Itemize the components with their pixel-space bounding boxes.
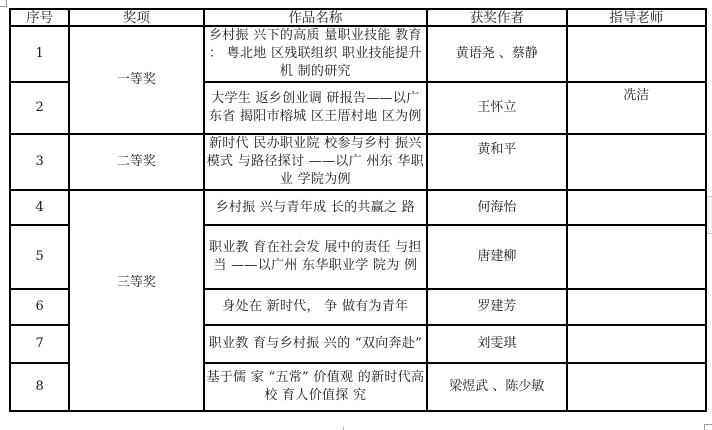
advisor [567,134,706,190]
authors: 黄语尧 、蔡静 [427,26,566,82]
advisor [567,289,706,325]
authors: 刘雯琪 [427,325,566,363]
page-margin-marker [707,196,712,234]
advisor [567,225,706,289]
authors: 何海怡 [427,190,566,225]
work-title: 新时代 民办职业院 校参与乡村 振兴模式 与路径探讨 ——以广 州东 华职业 学… [204,134,428,190]
advisor [567,325,706,363]
awards-table: 序号 奖项 作品名称 获奖作者 指导老师 1 一等奖 乡村振 兴下的高质 量职业… [9,8,707,412]
prize-second: 二等奖 [69,134,203,190]
advisor [567,26,706,82]
work-title: 职业教 育与乡村振 兴的 “双向奔赴” [204,325,428,363]
row-number: 5 [10,225,69,289]
table-row: 3 二等奖 新时代 民办职业院 校参与乡村 振兴模式 与路径探讨 ——以广 州东… [10,134,706,190]
work-title: 乡村振 兴下的高质 量职业技能 教育 ： 粤北地 区残联组织 职业技能提升机 制… [204,26,428,82]
authors: 唐建柳 [427,225,566,289]
table-row: 1 一等奖 乡村振 兴下的高质 量职业技能 教育 ： 粤北地 区残联组织 职业技… [10,26,706,82]
row-number: 1 [10,26,69,82]
row-number: 7 [10,325,69,363]
header-authors: 获奖作者 [427,9,566,26]
work-title: 乡村振 兴与青年成 长的共赢之 路 [204,190,428,225]
authors: 王怀立 [427,82,566,134]
advisor: 冼洁 [567,82,706,134]
page-corner-mark [0,0,7,7]
authors: 罗建芳 [427,289,566,325]
row-number: 6 [10,289,69,325]
work-title: 职业教 育在社会发 展中的责任 与担当 ——以广州 东华职业学 院为 例 [204,225,428,289]
table-row: 4 三等奖 乡村振 兴与青年成 长的共赢之 路 何海怡 [10,190,706,225]
work-title: 身处在 新时代， 争 做有为青年 [204,289,428,325]
row-number: 8 [10,363,69,411]
work-title: 基于儒 家 “五常” 价值观 的新时代高校 育人价值探 究 [204,363,428,411]
prize-first: 一等奖 [69,26,203,134]
authors: 梁煜武 、陈少敏 [427,363,566,411]
advisor [567,190,706,225]
authors: 黄和平 [427,134,566,190]
prize-third-label: 三等奖 [117,275,156,290]
row-number: 2 [10,82,69,134]
advisor [567,363,706,411]
row-number: 3 [10,134,69,190]
page-corner-mark-bottom [704,424,712,430]
header-prize: 奖项 [69,9,203,26]
header-work-title: 作品名称 [204,9,428,26]
table-header-row: 序号 奖项 作品名称 获奖作者 指导老师 [10,9,706,26]
header-number: 序号 [10,9,69,26]
prize-third: 三等奖 [69,190,203,411]
work-title: 大学生 返乡创业调 研报告——以广东省 揭阳市榕城 区王厝村地 区为例 [204,82,428,134]
row-number: 4 [10,190,69,225]
header-advisor: 指导老师 [567,9,706,26]
